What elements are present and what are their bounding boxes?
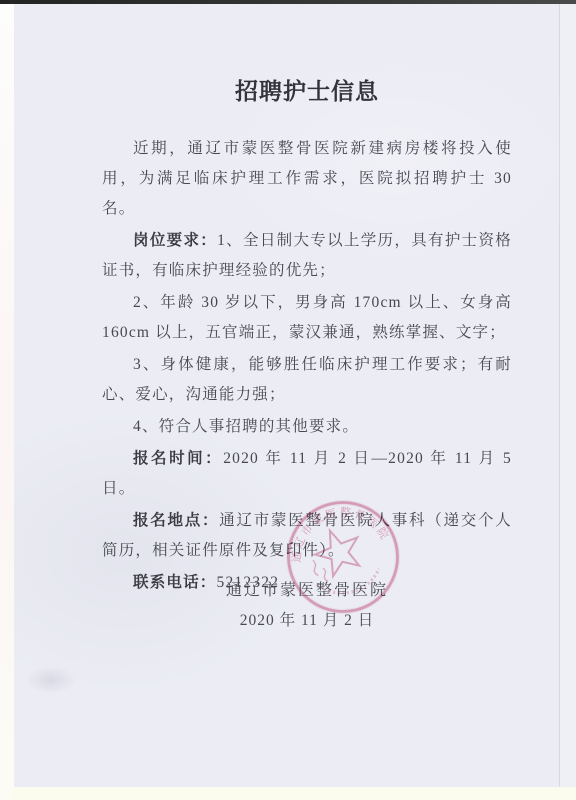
paragraph-requirement-1: 岗位要求：1、全日制大专以上学历，具有护士资格证书，有临床护理经验的优先； [102, 226, 512, 286]
requirement-item-4: 4、符合人事招聘的其他要求。 [133, 418, 359, 435]
paragraph-intro: 近期，通辽市蒙医整骨医院新建病房楼将投入使用，为满足临床护理工作需求，医院拟招聘… [102, 134, 512, 224]
registration-time-label: 报名时间： [133, 450, 223, 467]
intro-text: 近期，通辽市蒙医整骨医院新建病房楼将投入使用，为满足临床护理工作需求，医院拟招聘… [102, 140, 512, 217]
page-title: 招聘护士信息 [102, 76, 512, 107]
scanned-document: 招聘护士信息 近期，通辽市蒙医整骨医院新建病房楼将投入使用，为满足临床护理工作需… [0, 0, 576, 800]
requirement-item-2: 2、年龄 30 岁以下，男身高 170cm 以上、女身高 160cm 以上，五官… [102, 294, 512, 341]
requirement-item-3: 3、身体健康，能够胜任临床护理工作要求；有耐心、爱心，沟通能力强； [102, 356, 512, 403]
seal-organization-text: 通辽市蒙医整骨医院 [283, 497, 394, 566]
paragraph-requirement-2: 2、年龄 30 岁以下，男身高 170cm 以上、女身高 160cm 以上，五官… [102, 288, 512, 348]
scan-edge-right [559, 4, 576, 787]
scan-smudge [26, 666, 76, 694]
paragraph-requirement-3: 3、身体健康，能够胜任临床护理工作要求；有耐心、爱心，沟通能力强； [102, 350, 512, 410]
signature-date: 2020 年 11 月 2 日 [19, 606, 576, 636]
paragraph-registration-time: 报名时间：2020 年 11 月 2 日—2020 年 11 月 5 日。 [102, 444, 512, 504]
star-icon [309, 522, 368, 579]
requirements-label: 岗位要求： [133, 232, 217, 249]
signature-organization: 通辽市蒙医整骨医院 [19, 576, 576, 606]
paragraph-requirement-4: 4、符合人事招聘的其他要求。 [102, 412, 512, 442]
scan-edge-left [0, 4, 14, 800]
registration-place-label: 报名地点： [133, 512, 219, 529]
svg-text:通辽市蒙医整骨医院: 通辽市蒙医整骨医院 [283, 497, 394, 566]
scan-edge-bottom [14, 787, 576, 800]
